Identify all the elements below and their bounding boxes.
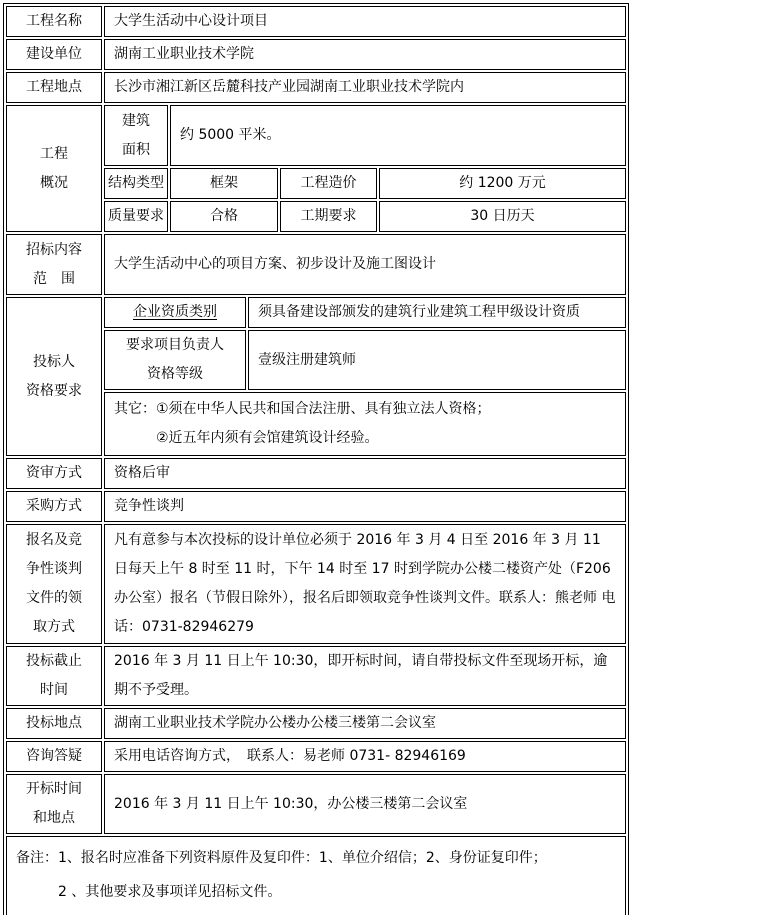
row-qualification-enterprise: 投标人 资格要求 企业资质类别 须具备建设部颁发的建筑行业建筑工程甲级设计资质 <box>6 297 626 328</box>
overview-quality-label: 质量要求 <box>104 201 168 232</box>
row-remark: 备注：1、报名时应准备下列资料原件及复印件：1、单位介绍信；2、身份证复印件； … <box>6 836 626 915</box>
row-location: 工程地点 长沙市湘江新区岳麓科技产业园湖南工业职业技术学院内 <box>6 72 626 103</box>
project-name-label: 工程名称 <box>6 6 102 37</box>
overview-structure-value: 框架 <box>170 168 278 199</box>
registration-label: 报名及竞 争性谈判 文件的领 取方式 <box>6 524 102 644</box>
row-overview-area: 工程 概况 建筑 面积 约 5000 平米。 <box>6 105 626 166</box>
qualification-other: 其它：①须在中华人民共和国合法注册、具有独立法人资格； ②近五年内须有会馆建筑设… <box>104 392 626 456</box>
row-review: 资审方式 资格后审 <box>6 458 626 489</box>
scope-value: 大学生活动中心的项目方案、初步设计及施工图设计 <box>104 234 626 295</box>
review-value: 资格后审 <box>104 458 626 489</box>
overview-area-label: 建筑 面积 <box>104 105 168 166</box>
consult-label: 咨询答疑 <box>6 741 102 772</box>
row-opening: 开标时间 和地点 2016 年 3 月 11 日上午 10:30，办公楼三楼第二… <box>6 774 626 834</box>
bid-place-label: 投标地点 <box>6 708 102 739</box>
overview-duration-value: 30 日历天 <box>379 201 626 232</box>
opening-value: 2016 年 3 月 11 日上午 10:30，办公楼三楼第二会议室 <box>104 774 626 834</box>
owner-value: 湖南工业职业技术学院 <box>104 39 626 70</box>
overview-cost-value: 约 1200 万元 <box>379 168 626 199</box>
overview-cost-label: 工程造价 <box>280 168 377 199</box>
leader-qual-label: 要求项目负责人 资格等级 <box>104 330 246 390</box>
location-label: 工程地点 <box>6 72 102 103</box>
row-bid-place: 投标地点 湖南工业职业技术学院办公楼办公楼三楼第二会议室 <box>6 708 626 739</box>
row-owner: 建设单位 湖南工业职业技术学院 <box>6 39 626 70</box>
overview-duration-label: 工期要求 <box>280 201 377 232</box>
bid-place-value: 湖南工业职业技术学院办公楼办公楼三楼第二会议室 <box>104 708 626 739</box>
overview-quality-value: 合格 <box>170 201 278 232</box>
qualification-label: 投标人 资格要求 <box>6 297 102 456</box>
project-name-value: 大学生活动中心设计项目 <box>104 6 626 37</box>
row-procurement: 采购方式 竞争性谈判 <box>6 491 626 522</box>
leader-qual-value: 壹级注册建筑师 <box>248 330 626 390</box>
overview-label: 工程 概况 <box>6 105 102 232</box>
registration-value: 凡有意参与本次投标的设计单位必须于 2016 年 3 月 4 日至 2016 年… <box>104 524 626 644</box>
tender-info-table: 工程名称 大学生活动中心设计项目 建设单位 湖南工业职业技术学院 工程地点 长沙… <box>3 3 629 915</box>
procurement-value: 竞争性谈判 <box>104 491 626 522</box>
location-value: 长沙市湘江新区岳麓科技产业园湖南工业职业技术学院内 <box>104 72 626 103</box>
enterprise-qual-label-cell: 企业资质类别 <box>104 297 246 328</box>
row-registration: 报名及竞 争性谈判 文件的领 取方式 凡有意参与本次投标的设计单位必须于 201… <box>6 524 626 644</box>
row-consult: 咨询答疑 采用电话咨询方式， 联系人：易老师 0731- 82946169 <box>6 741 626 772</box>
overview-area-value: 约 5000 平米。 <box>170 105 626 166</box>
deadline-value: 2016 年 3 月 11 日上午 10:30，即开标时间，请自带投标文件至现场… <box>104 646 626 706</box>
enterprise-qual-value: 须具备建设部颁发的建筑行业建筑工程甲级设计资质 <box>248 297 626 328</box>
enterprise-qual-label: 企业资质类别 <box>133 304 217 320</box>
procurement-label: 采购方式 <box>6 491 102 522</box>
row-scope: 招标内容 范 围 大学生活动中心的项目方案、初步设计及施工图设计 <box>6 234 626 295</box>
opening-label: 开标时间 和地点 <box>6 774 102 834</box>
scope-label: 招标内容 范 围 <box>6 234 102 295</box>
review-label: 资审方式 <box>6 458 102 489</box>
remark-text: 备注：1、报名时应准备下列资料原件及复印件：1、单位介绍信；2、身份证复印件； … <box>6 836 626 915</box>
row-deadline: 投标截止 时间 2016 年 3 月 11 日上午 10:30，即开标时间，请自… <box>6 646 626 706</box>
row-project-name: 工程名称 大学生活动中心设计项目 <box>6 6 626 37</box>
consult-value: 采用电话咨询方式， 联系人：易老师 0731- 82946169 <box>104 741 626 772</box>
overview-structure-label: 结构类型 <box>104 168 168 199</box>
deadline-label: 投标截止 时间 <box>6 646 102 706</box>
owner-label: 建设单位 <box>6 39 102 70</box>
